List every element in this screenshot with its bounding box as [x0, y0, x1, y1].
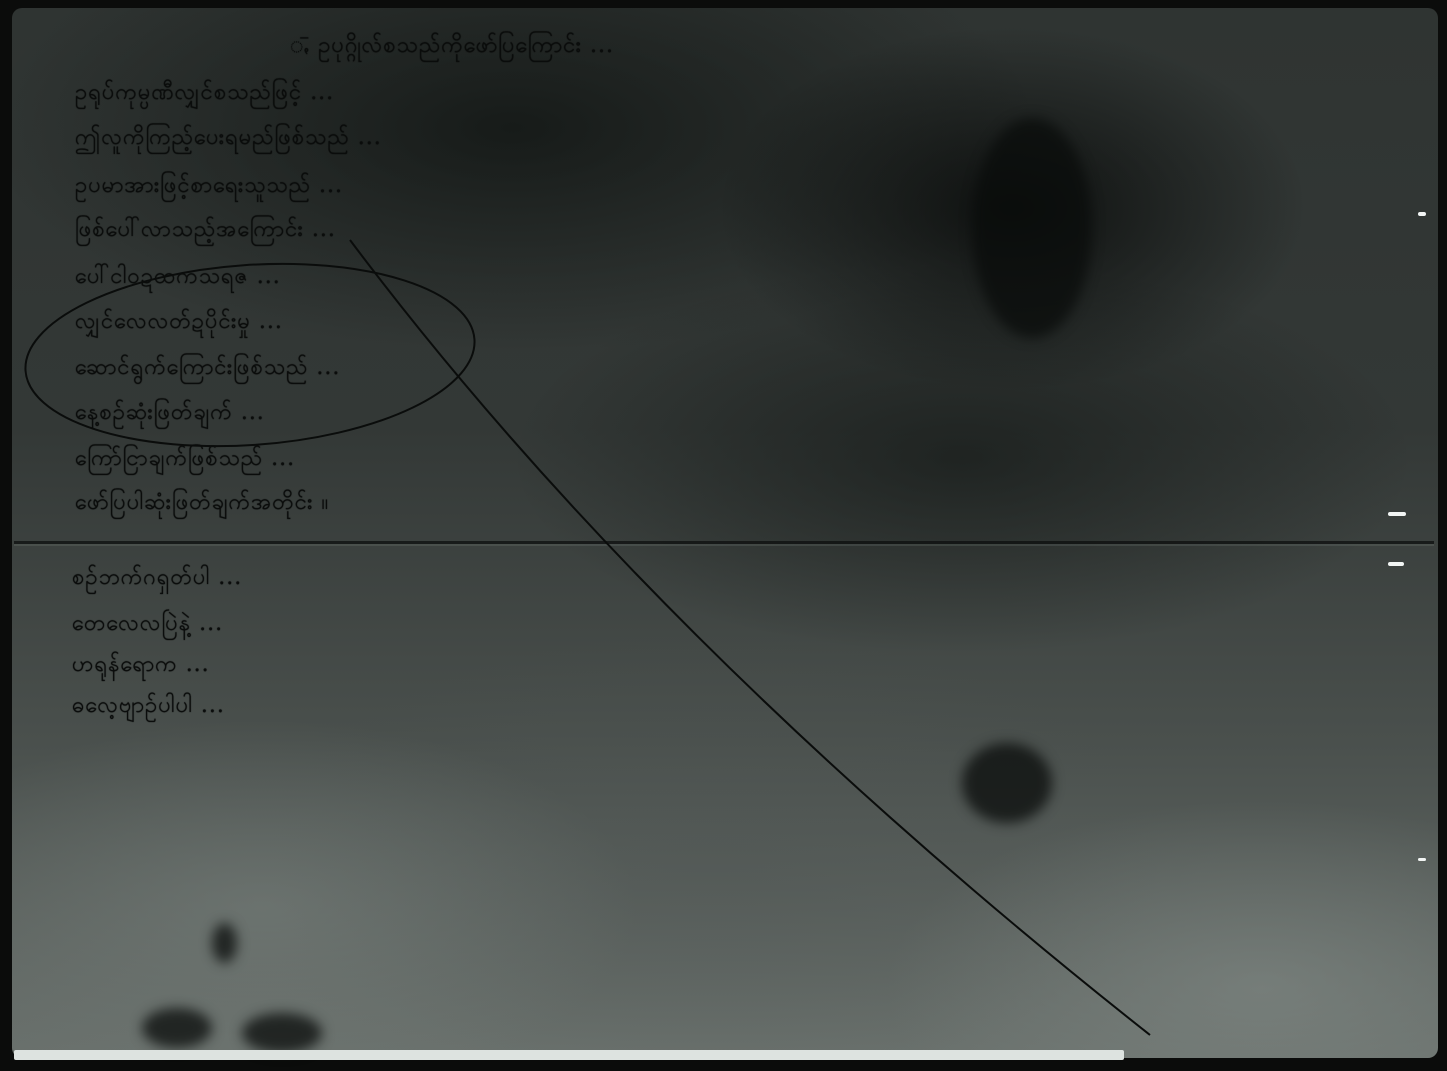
white-speck [1418, 212, 1426, 216]
white-speck [1388, 512, 1406, 516]
white-speck [1418, 858, 1426, 861]
white-speck [1388, 562, 1404, 566]
oval-annotation [19, 250, 480, 461]
annotation-layer [0, 0, 1447, 1071]
